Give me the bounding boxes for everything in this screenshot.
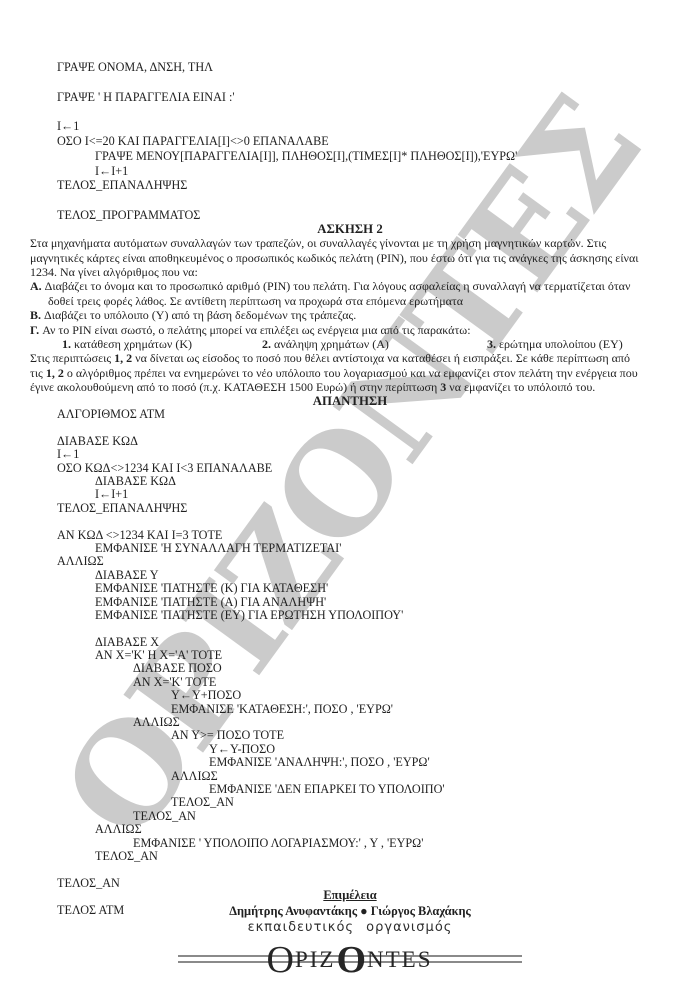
notes-segment: τις — [30, 366, 46, 380]
footer-heading: Επιμέλεια — [150, 888, 550, 903]
notes-line: έγινε ακολουθούμενη από το ποσό (π.χ. ΚΑ… — [30, 380, 675, 394]
list-item: Γ. Αν το PIN είναι σωστό, ο πελάτης μπορ… — [30, 323, 675, 337]
code-line: ΤΕΛΟΣ_ΑΝ — [57, 810, 700, 823]
blank-line — [57, 421, 700, 434]
paragraph-line: μαγνητικές κάρτες είναι αποθηκευμένος ο … — [30, 251, 675, 265]
notes-line: τις 1, 2 ο αλγόριθμος πρέπει να ενημερών… — [30, 366, 675, 380]
footer-authors: Δημήτρης Ανυφαντάκης ● Γιώργος Βλαχάκης — [150, 903, 550, 919]
code-line: ΤΕΛΟΣ_ΕΠΑΝΑΛΗΨΗΣ — [57, 178, 700, 193]
code-line: ΔΙΑΒΑΣΕ Χ — [57, 636, 700, 649]
paragraph-line: Στα μηχανήματα αυτόματων συναλλαγών των … — [30, 236, 675, 250]
list-item: Β. Διαβάζει το υπόλοιπο (Υ) από τη βάση … — [30, 308, 675, 322]
blank-line — [57, 75, 700, 90]
code-line: ΕΜΦΑΝΙΣΕ 'ΠΑΤΗΣΤΕ (Α) ΓΙΑ ΑΝΑΛΗΨΗ' — [57, 596, 700, 609]
notes-segment: να δίνεται ως είσοδος το ποσό που θέλει … — [132, 351, 630, 365]
option-item: 2. ανάληψη χρημάτων (Α) — [262, 337, 487, 351]
blank-line — [57, 515, 700, 528]
notes-bold-segment: 1, 2 — [46, 366, 64, 380]
notes-segment: να εμφανίζει το υπόλοιπό του. — [446, 380, 595, 394]
document-page: ΟΡΙΖΟΝΤΕΣ ΓΡΑΨΕ ΟΝΟΜΑ, ΔΝΣΗ, ΤΗΛ ΓΡΑΨΕ '… — [0, 0, 700, 990]
list-item-line: Α. Διαβάζει το όνομα και το προσωπικό αρ… — [48, 279, 675, 293]
option-number: 2. — [262, 337, 274, 351]
code-line: ΤΕΛΟΣ_ΕΠΑΝΑΛΗΨΗΣ — [57, 502, 700, 515]
blank-line — [57, 193, 700, 208]
code-line: ΤΕΛΟΣ_ΑΝ — [57, 796, 700, 809]
code-line: ΓΡΑΨΕ ' Η ΠΑΡΑΓΓΕΛΙΑ ΕΙΝΑΙ :' — [57, 90, 700, 105]
list-item-marker: Γ. — [30, 323, 42, 337]
code-line: ΑΝ Χ='Κ' Η Χ='Α' ΤΟΤΕ — [57, 649, 700, 662]
exercise-notes: Στις περιπτώσεις 1, 2 να δίνεται ως είσο… — [30, 351, 675, 394]
list-item-marker: Β. — [30, 308, 44, 322]
exercise-body: Στα μηχανήματα αυτόματων συναλλαγών των … — [30, 236, 675, 394]
notes-line: Στις περιπτώσεις 1, 2 να δίνεται ως είσο… — [30, 351, 675, 365]
exercise-intro: Στα μηχανήματα αυτόματων συναλλαγών των … — [30, 236, 675, 279]
code-line: Ι←Ι+1 — [57, 488, 700, 501]
code-line: ΔΙΑΒΑΣΕ ΠΟΣΟ — [57, 662, 700, 675]
program-code-block: ΓΡΑΨΕ ΟΝΟΜΑ, ΔΝΣΗ, ΤΗΛ ΓΡΑΨΕ ' Η ΠΑΡΑΓΓΕ… — [57, 60, 700, 223]
option-item: 3. ερώτημα υπολοίπου (ΕΥ) — [487, 337, 623, 351]
code-line: ΑΛΛΙΩΣ — [57, 716, 700, 729]
options-row: 1. κατάθεση χρημάτων (Κ)2. ανάληψη χρημά… — [30, 337, 675, 351]
code-line: Υ←Υ-ΠΟΣΟ — [57, 743, 700, 756]
orizontes-logo: OPIZONTES — [178, 940, 522, 980]
code-line: ΕΜΦΑΝΙΣΕ 'ΔΕΝ ΕΠΑΡΚΕΙ ΤΟ ΥΠΟΛΟΙΠΟ' — [57, 783, 700, 796]
code-line: ΟΣΟ Ι<=20 ΚΑΙ ΠΑΡΑΓΓΕΛΙΑ[Ι]<>0 ΕΠΑΝΑΛΑΒΕ — [57, 134, 700, 149]
code-line: ΔΙΑΒΑΣΕ Υ — [57, 569, 700, 582]
notes-segment: έγινε ακολουθούμενη από το ποσό (π.χ. ΚΑ… — [30, 380, 440, 394]
list-item: Α. Διαβάζει το όνομα και το προσωπικό αρ… — [30, 279, 675, 308]
option-item: 1. κατάθεση χρημάτων (Κ) — [62, 337, 262, 351]
answer-title: ΑΠΑΝΤΗΣΗ — [0, 395, 700, 409]
code-line: ΕΜΦΑΝΙΣΕ 'ΚΑΤΑΘΕΣΗ:', ΠΟΣΟ , 'ΕΥΡΩ' — [57, 703, 700, 716]
code-line: ΑΛΛΙΩΣ — [57, 823, 700, 836]
blank-line — [57, 104, 700, 119]
code-line: Ι←Ι+1 — [57, 164, 700, 179]
code-line: ΓΡΑΨΕ ΟΝΟΜΑ, ΔΝΣΗ, ΤΗΛ — [57, 60, 700, 75]
code-line: ΤΕΛΟΣ_ΑΝ — [57, 850, 700, 863]
footer-org-line: εκπαιδευτικός οργανισμός — [150, 919, 550, 937]
list-item-line: Β. Διαβάζει το υπόλοιπο (Υ) από τη βάση … — [48, 308, 675, 322]
list-item-marker: Α. — [30, 279, 45, 293]
code-line: ΔΙΑΒΑΣΕ ΚΩΔ — [57, 475, 700, 488]
code-line: ΕΜΦΑΝΙΣΕ 'ΠΑΤΗΣΤΕ (Κ) ΓΙΑ ΚΑΤΑΘΕΣΗ' — [57, 582, 700, 595]
paragraph-line: 1234. Να γίνει αλγόριθμος που να: — [30, 265, 675, 279]
option-number: 1. — [62, 337, 74, 351]
code-line: ΟΣΟ ΚΩΔ<>1234 ΚΑΙ Ι<3 ΕΠΑΝΑΛΑΒΕ — [57, 462, 700, 475]
notes-segment: ο αλγόριθμος πρέπει να ενημερώνει το νέο… — [64, 366, 638, 380]
code-line: ΑΛΛΙΩΣ — [57, 555, 700, 568]
code-line: ΑΝ Χ='Κ' ΤΟΤΕ — [57, 676, 700, 689]
code-line: ΑΛΓΟΡΙΘΜΟΣ ΑΤΜ — [57, 408, 700, 421]
atm-code-block: ΑΛΓΟΡΙΘΜΟΣ ΑΤΜ ΔΙΑΒΑΣΕ ΚΩΔΙ←1ΟΣΟ ΚΩΔ<>12… — [57, 408, 700, 917]
code-line: ΑΝ ΚΩΔ <>1234 ΚΑΙ Ι=3 ΤΟΤΕ — [57, 529, 700, 542]
notes-segment: Στις περιπτώσεις — [30, 351, 114, 365]
logo-letter-group: O — [336, 942, 366, 978]
blank-line — [57, 622, 700, 635]
logo-text: OPIZONTES — [266, 942, 433, 978]
logo-letter-group: O — [266, 942, 293, 978]
code-line: Ι←1 — [57, 448, 700, 461]
code-line: ΕΜΦΑΝΙΣΕ 'ΠΑΤΗΣΤΕ (ΕΥ) ΓΙΑ ΕΡΩΤΗΣΗ ΥΠΟΛΟ… — [57, 609, 700, 622]
code-line: ΕΜΦΑΝΙΣΕ 'Η ΣΥΝΑΛΛΑΓΗ ΤΕΡΜΑΤΙΖΕΤΑΙ' — [57, 542, 700, 555]
blank-line — [57, 863, 700, 876]
list-item-line: δοθεί τρεις φορές λάθος. Σε αντίθετη περ… — [48, 294, 675, 308]
code-line: ΓΡΑΨΕ ΜΕΝΟΥ[ΠΑΡΑΓΓΕΛΙΑ[Ι]], ΠΛΗΘΟΣ[Ι],(Τ… — [57, 149, 700, 164]
code-line: ΑΛΛΙΩΣ — [57, 770, 700, 783]
code-line: ΤΕΛΟΣ_ΠΡΟΓΡΑΜΜΑΤΟΣ — [57, 208, 700, 223]
logo-letter-group: NTES — [366, 942, 434, 978]
code-line: Υ←Υ+ΠΟΣΟ — [57, 689, 700, 702]
code-line: ΔΙΑΒΑΣΕ ΚΩΔ — [57, 435, 700, 448]
code-line: ΕΜΦΑΝΙΣΕ ' ΥΠΟΛΟΙΠΟ ΛΟΓΑΡΙΑΣΜΟΥ:' , Υ , … — [57, 837, 700, 850]
logo-letter-group: PIZ — [294, 942, 337, 978]
code-line: ΑΝ Υ>= ΠΟΣΟ ΤΟΤΕ — [57, 729, 700, 742]
document-content: ΓΡΑΨΕ ΟΝΟΜΑ, ΔΝΣΗ, ΤΗΛ ΓΡΑΨΕ ' Η ΠΑΡΑΓΓΕ… — [0, 0, 700, 990]
exercise-items: Α. Διαβάζει το όνομα και το προσωπικό αρ… — [30, 279, 675, 337]
code-line: ΕΜΦΑΝΙΣΕ 'ΑΝΑΛΗΨΗ:', ΠΟΣΟ , 'ΕΥΡΩ' — [57, 756, 700, 769]
code-line: Ι←1 — [57, 119, 700, 134]
footer: Επιμέλεια Δημήτρης Ανυφαντάκης ● Γιώργος… — [150, 888, 550, 980]
list-item-line: Γ. Αν το PIN είναι σωστό, ο πελάτης μπορ… — [48, 323, 675, 337]
option-number: 3. — [487, 337, 499, 351]
exercise-title: ΑΣΚΗΣΗ 2 — [0, 223, 700, 237]
notes-bold-segment: 1, 2 — [114, 351, 132, 365]
